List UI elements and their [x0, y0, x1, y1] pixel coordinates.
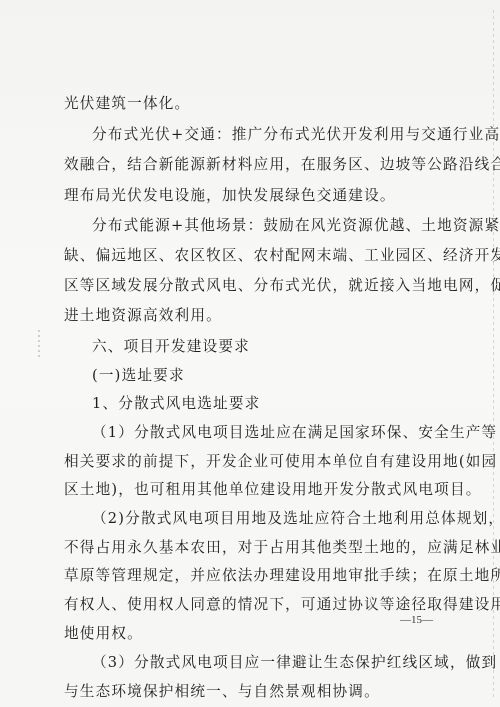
- text-line: （2)分散式风电项目用地及选址应符合土地利用总体规划，: [92, 509, 464, 529]
- text-line: 区等区域发展分散式风电、分布式光伏，就近接入当地电网，促: [64, 276, 436, 296]
- text-line: （3）分散式风电项目应一律避让生态保护红线区域，做到: [92, 653, 464, 673]
- text-line: 六、项目开发建设要求: [92, 337, 464, 357]
- scan-margin-mark: [38, 330, 40, 360]
- text-line: 有权人、使用权人同意的情况下，可通过协议等途径取得建设用: [64, 595, 436, 615]
- text-line: 相关要求的前提下，开发企业可使用本单位自有建设用地(如园: [64, 452, 436, 472]
- text-line: 效融合，结合新能源新材料应用，在服务区、边坡等公路沿线合: [64, 155, 436, 175]
- text-line: 区土地)，也可租用其他单位建设用地开发分散式风电项目。: [64, 480, 436, 500]
- text-line: （1）分散式风电项目选址应在满足国家环保、安全生产等: [92, 423, 464, 443]
- text-line: (一)选址要求: [92, 366, 464, 386]
- text-line: 分布式光伏+交通：推广分布式光伏开发利用与交通行业高: [92, 125, 464, 145]
- text-line: 草原等管理规定，并应依法办理建设用地审批手续；在原土地所: [64, 566, 436, 586]
- text-line: 进土地资源高效利用。: [64, 306, 436, 326]
- document-page: 光伏建筑一体化。分布式光伏+交通：推广分布式光伏开发利用与交通行业高效融合，结合…: [0, 0, 500, 707]
- text-line: 缺、偏远地区、农区牧区、农村配网末端、工业园区、经济开发: [64, 246, 436, 266]
- text-line: 地使用权。: [64, 624, 436, 644]
- text-line: 不得占用永久基本农田，对于占用其他类型土地的，应满足林业、: [64, 538, 436, 558]
- text-line: 光伏建筑一体化。: [64, 94, 436, 114]
- text-line: 与生态环境保护相统一、与自然景观相协调。: [64, 682, 436, 702]
- page-number: —15—: [400, 614, 433, 626]
- text-line: 分布式能源+其他场景：鼓励在风光资源优越、土地资源紧: [92, 216, 464, 236]
- text-line: 1、分散式风电选址要求: [92, 394, 464, 414]
- text-line: 理布局光伏发电设施，加快发展绿色交通建设。: [64, 186, 436, 206]
